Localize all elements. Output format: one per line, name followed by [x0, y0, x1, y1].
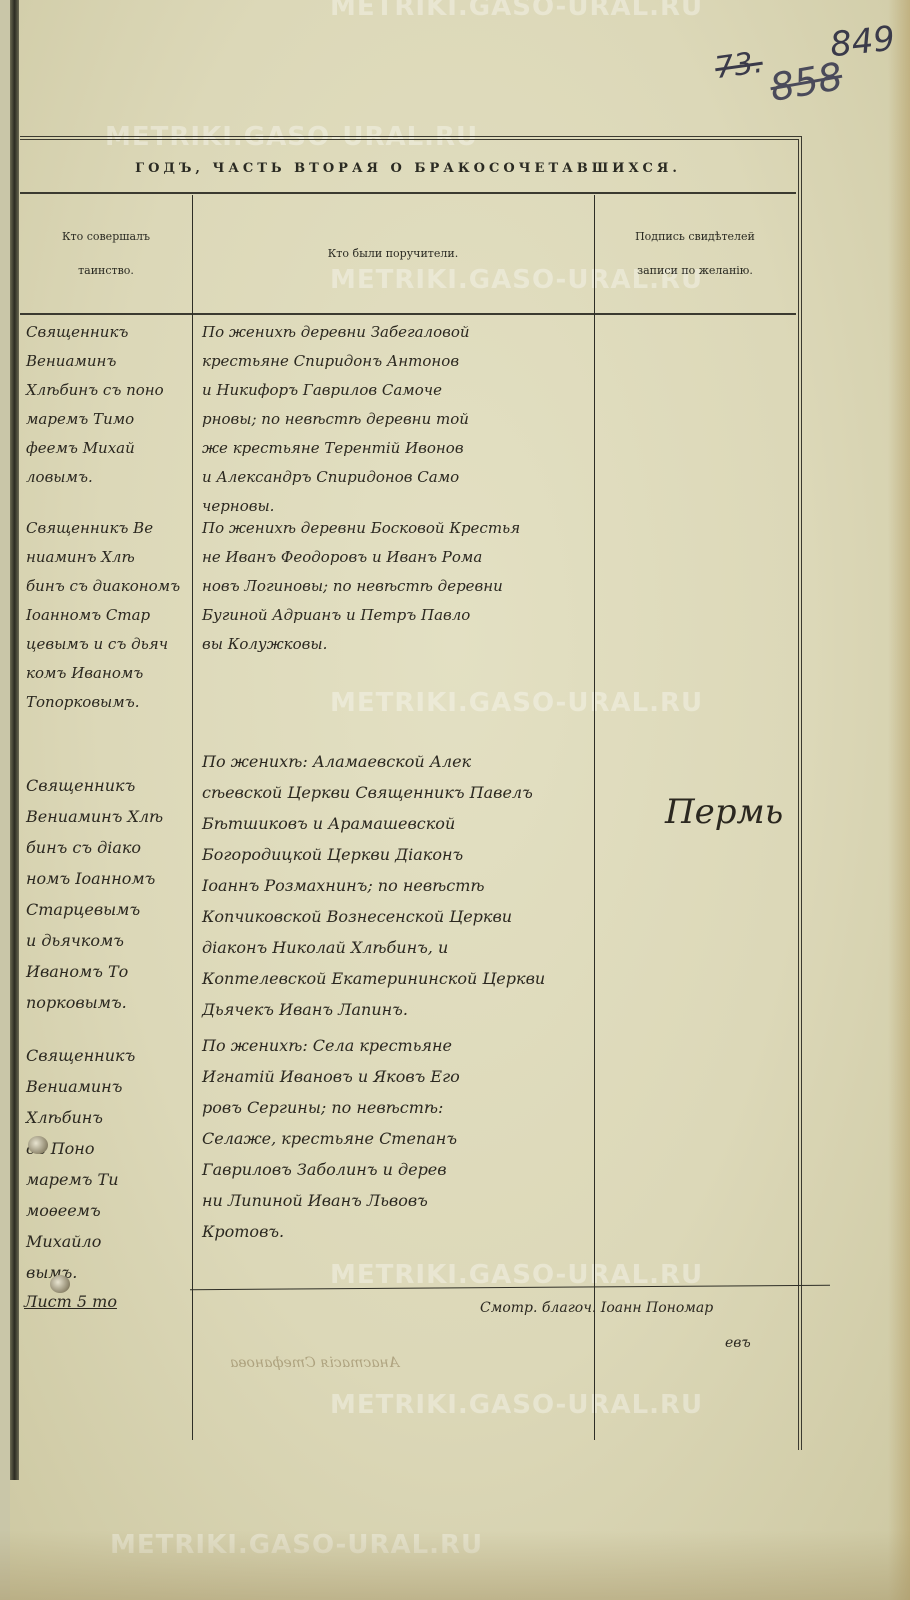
ink-bleedthrough: Анастасiя Стефанова [230, 1355, 399, 1371]
entry-sponsors: По женихѣ деревни Босковой Крестья не Ив… [202, 514, 594, 659]
watermark: METRIKI.GASO-URAL.RU [110, 1530, 483, 1560]
entry-officiant: Священникъ Вениаминъ Хлѣбинъ съ Поно мар… [26, 1040, 194, 1288]
witness-signature: Пермь [665, 792, 783, 832]
page-number: 849 [828, 19, 897, 66]
table-header-row: Кто совершалъ таинство. Кто были поручит… [20, 195, 796, 315]
entry-officiant: Священникъ Ве ниаминъ Хлѣ бинъ съ диакон… [26, 514, 194, 717]
footer-signature-continuation: евъ [725, 1335, 751, 1351]
register-title-row: ГОДЪ, ЧАСТЬ ВТОРАЯ О БРАКОСОЧЕТАВШИХСЯ. [20, 144, 796, 194]
struck-page-number: 73. [713, 45, 765, 86]
header-sponsors: Кто были поручители. [192, 195, 594, 313]
watermark: METRIKI.GASO-URAL.RU [330, 0, 703, 22]
binding-hole [50, 1275, 70, 1293]
entry-officiant: Священникъ Вениаминъ Хлѣбинъ съ поно мар… [26, 318, 194, 492]
entry-sponsors: По женихѣ: Аламаевской Алек сѣевской Цер… [202, 746, 594, 1025]
binding-hole [28, 1136, 48, 1154]
entry-officiant: Священникъ Вениаминъ Хлѣ бинъ съ дiако н… [26, 770, 194, 1018]
register-title: ГОДЪ, ЧАСТЬ ВТОРАЯ О БРАКОСОЧЕТАВШИХСЯ. [135, 161, 681, 176]
margin-note: Лист 5 то [24, 1292, 117, 1311]
header-officiant: Кто совершалъ таинство. [20, 195, 192, 313]
entry-sponsors: По женихѣ: Села крестьяне Игнатiй Иванов… [202, 1030, 594, 1247]
previous-page-edge [0, 0, 10, 1600]
book-binding [10, 0, 19, 1480]
column-divider [594, 195, 595, 1440]
ledger-page: METRIKI.GASO-URAL.RU METRIKI.GASO-URAL.R… [0, 0, 910, 1600]
page-edge-shadow [888, 0, 910, 1600]
entry-sponsors: По женихѣ деревни Забегаловой крестьяне … [202, 318, 594, 521]
header-witness-signatures: Подпись свидѣтелей записи по желанію. [594, 195, 796, 313]
footer-signature: Смотр. благоч. Iоанн Пономар [480, 1300, 713, 1316]
